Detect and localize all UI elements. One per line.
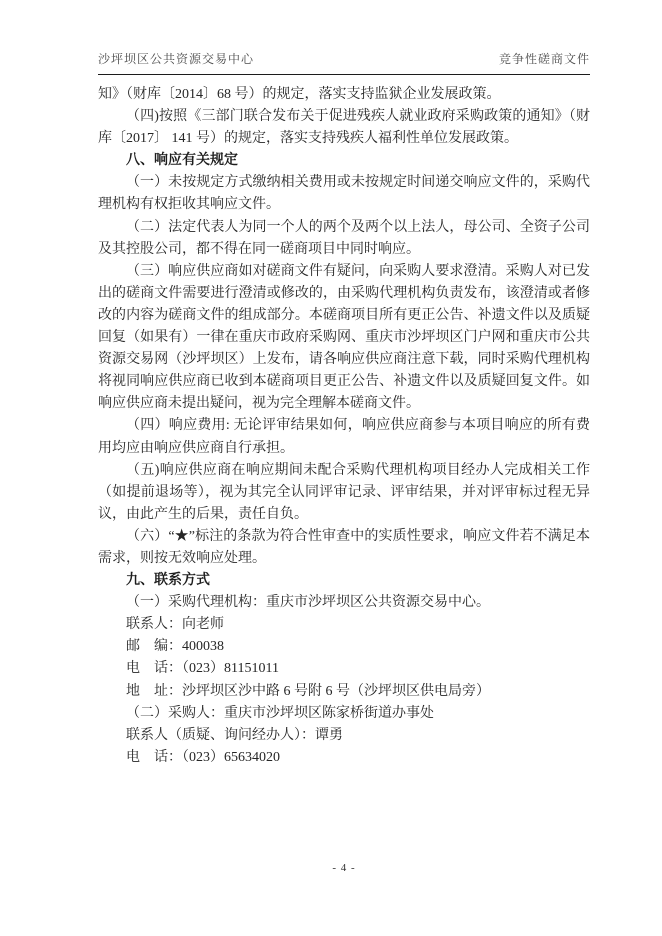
section-heading: 九、联系方式 [98, 570, 590, 592]
paragraph: 地 址：沙坪坝区沙中路 6 号附 6 号（沙坪坝区供电局旁） [98, 681, 590, 703]
paragraph: （六）“★”标注的条款为符合性审查中的实质性要求，响应文件若不满足本需求，则按无… [98, 526, 590, 570]
document-page: 沙坪坝区公共资源交易中心 竞争性磋商文件 知》（财库〔2014〕68 号）的规定… [0, 0, 662, 936]
section-heading: 八、响应有关规定 [98, 150, 590, 172]
paragraph: （一）采购代理机构：重庆市沙坪坝区公共资源交易中心。 [98, 592, 590, 614]
page-header: 沙坪坝区公共资源交易中心 竞争性磋商文件 [98, 50, 590, 75]
paragraph: 电 话：（023）81151011 [98, 658, 590, 680]
header-left-title: 沙坪坝区公共资源交易中心 [98, 50, 254, 68]
page-content: 沙坪坝区公共资源交易中心 竞争性磋商文件 知》（财库〔2014〕68 号）的规定… [98, 50, 590, 769]
paragraph: （一）未按规定方式缴纳相关费用或未按规定时间递交响应文件的，采购代理机构有权拒收… [98, 172, 590, 216]
paragraph: （四)按照《三部门联合发布关于促进残疾人就业政府采购政策的通知》（财库〔2017… [98, 106, 590, 150]
paragraph: （五)响应供应商在响应期间未配合采购代理机构项目经办人完成相关工作（如提前退场等… [98, 460, 590, 526]
paragraph: 电 话：（023）65634020 [98, 747, 590, 769]
paragraph: 知》（财库〔2014〕68 号）的规定，落实支持监狱企业发展政策。 [98, 84, 590, 106]
page-number: - 4 - [332, 862, 355, 874]
paragraph: 联系人：向老师 [98, 614, 590, 636]
paragraph: 联系人（质疑、询问经办人）：谭勇 [98, 725, 590, 747]
page-footer: - 4 - [98, 862, 590, 874]
paragraph: （四）响应费用: 无论评审结果如何，响应供应商参与本项目响应的所有费用均应由响应… [98, 415, 590, 459]
paragraph: 邮 编：400038 [98, 636, 590, 658]
header-right-title: 竞争性磋商文件 [499, 50, 590, 68]
paragraph: （三）响应供应商如对磋商文件有疑问，向采购人要求澄清。采购人对已发出的磋商文件需… [98, 261, 590, 416]
paragraph: （二）法定代表人为同一个人的两个及两个以上法人，母公司、全资子公司及其控股公司，… [98, 217, 590, 261]
document-body: 知》（财库〔2014〕68 号）的规定，落实支持监狱企业发展政策。（四)按照《三… [98, 84, 590, 769]
paragraph: （二）采购人：重庆市沙坪坝区陈家桥街道办事处 [98, 703, 590, 725]
